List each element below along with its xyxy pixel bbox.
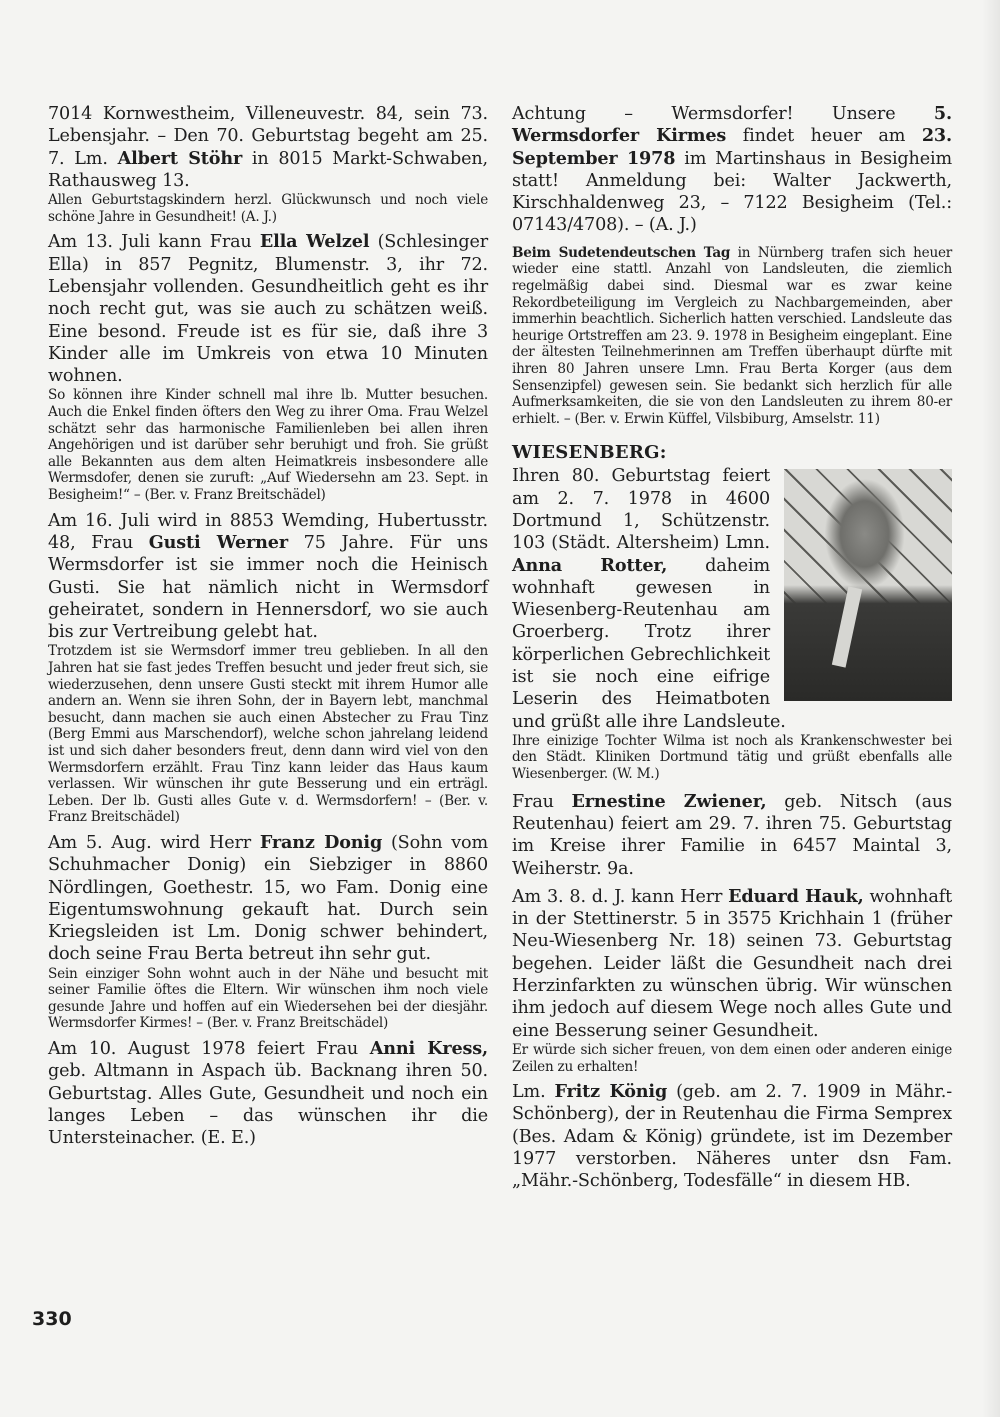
portrait-photo bbox=[784, 469, 952, 701]
article-kirmes: Achtung – Wermsdorfer! Unsere 5. Wermsdo… bbox=[512, 103, 952, 237]
article-text: Am 13. Juli kann Frau bbox=[48, 232, 260, 252]
person-name: Gusti Werner bbox=[149, 532, 288, 553]
article-text: Am 10. August 1978 feiert Frau bbox=[48, 1039, 370, 1059]
article-text: Achtung – Wermsdorfer! Unsere bbox=[512, 104, 934, 124]
person-name: Eduard Hauk, bbox=[728, 886, 863, 907]
article-text: Am 3. 8. d. J. kann Herr bbox=[512, 887, 728, 907]
article-text: Ihren 80. Geburtstag feiert am 2. 7. 197… bbox=[512, 466, 770, 553]
person-name: Fritz König bbox=[554, 1081, 667, 1102]
article-stoehr: 7014 Kornwestheim, Villeneuvestr. 84, se… bbox=[48, 103, 488, 192]
article-note: Allen Geburtstagskindern herzl. Glückwun… bbox=[48, 192, 488, 225]
page-number: 330 bbox=[32, 1308, 72, 1330]
article-note: Trotzdem ist sie Wermsdorf immer treu ge… bbox=[48, 643, 488, 826]
article-text: (Schlesinger Ella) in 857 Pegnitz, Blume… bbox=[48, 232, 488, 386]
article-hauk: Am 3. 8. d. J. kann Herr Eduard Hauk, wo… bbox=[512, 886, 952, 1042]
article-koenig: Lm. Fritz König (geb. am 2. 7. 1909 in M… bbox=[512, 1081, 952, 1192]
event-name: Beim Sudetendeutschen Tag bbox=[512, 245, 730, 261]
article-donig: Am 5. Aug. wird Herr Franz Donig (Sohn v… bbox=[48, 832, 488, 966]
article-kress: Am 10. August 1978 feiert Frau Anni Kres… bbox=[48, 1038, 488, 1149]
left-column: 7014 Kornwestheim, Villeneuvestr. 84, se… bbox=[48, 103, 488, 1150]
article-welzel: Am 13. Juli kann Frau Ella Welzel (Schle… bbox=[48, 231, 488, 387]
article-text: Am 5. Aug. wird Herr bbox=[48, 833, 260, 853]
person-name: Franz Donig bbox=[260, 832, 382, 853]
article-note: Er würde sich sicher freuen, von dem ein… bbox=[512, 1042, 952, 1075]
article-note: So können ihre Kinder schnell mal ihre l… bbox=[48, 387, 488, 503]
person-name: Ella Welzel bbox=[260, 231, 370, 252]
person-name: Albert Stöhr bbox=[118, 148, 243, 169]
article-zwiener: Frau Ernestine Zwiener, geb. Nitsch (aus… bbox=[512, 791, 952, 880]
article-werner: Am 16. Juli wird in 8853 Wemding, Hubert… bbox=[48, 510, 488, 644]
person-name: Anni Kress, bbox=[370, 1038, 488, 1059]
page-edge-shadow bbox=[982, 0, 1000, 1417]
article-text: Lm. bbox=[512, 1082, 554, 1102]
article-text: findet heuer am bbox=[726, 126, 922, 146]
person-name: Anna Rotter, bbox=[512, 555, 667, 576]
person-name: Ernestine Zwiener, bbox=[572, 791, 767, 812]
article-text: wohnhaft in der Stettinerstr. 5 in 3575 … bbox=[512, 887, 952, 1041]
article-text: Frau bbox=[512, 792, 572, 812]
right-column: Achtung – Wermsdorfer! Unsere 5. Wermsdo… bbox=[512, 103, 952, 1193]
article-text: geb. Altmann in Aspach üb. Backnang ihre… bbox=[48, 1061, 488, 1148]
article-text: in Nürnberg trafen sich heuer wieder ein… bbox=[512, 245, 952, 427]
article-note: Sein einziger Sohn wohnt auch in der Näh… bbox=[48, 966, 488, 1032]
article-rotter: Ihren 80. Geburtstag feiert am 2. 7. 197… bbox=[512, 465, 952, 782]
article-text: daheim wohnhaft gewesen in Wiesenberg-Re… bbox=[512, 556, 786, 732]
section-heading: WIESENBERG: bbox=[512, 441, 952, 465]
article-note: Ihre einizige Tochter Wilma ist noch als… bbox=[512, 733, 952, 783]
article-sudetendeutscher-tag: Beim Sudetendeutschen Tag in Nürnberg tr… bbox=[512, 245, 952, 428]
